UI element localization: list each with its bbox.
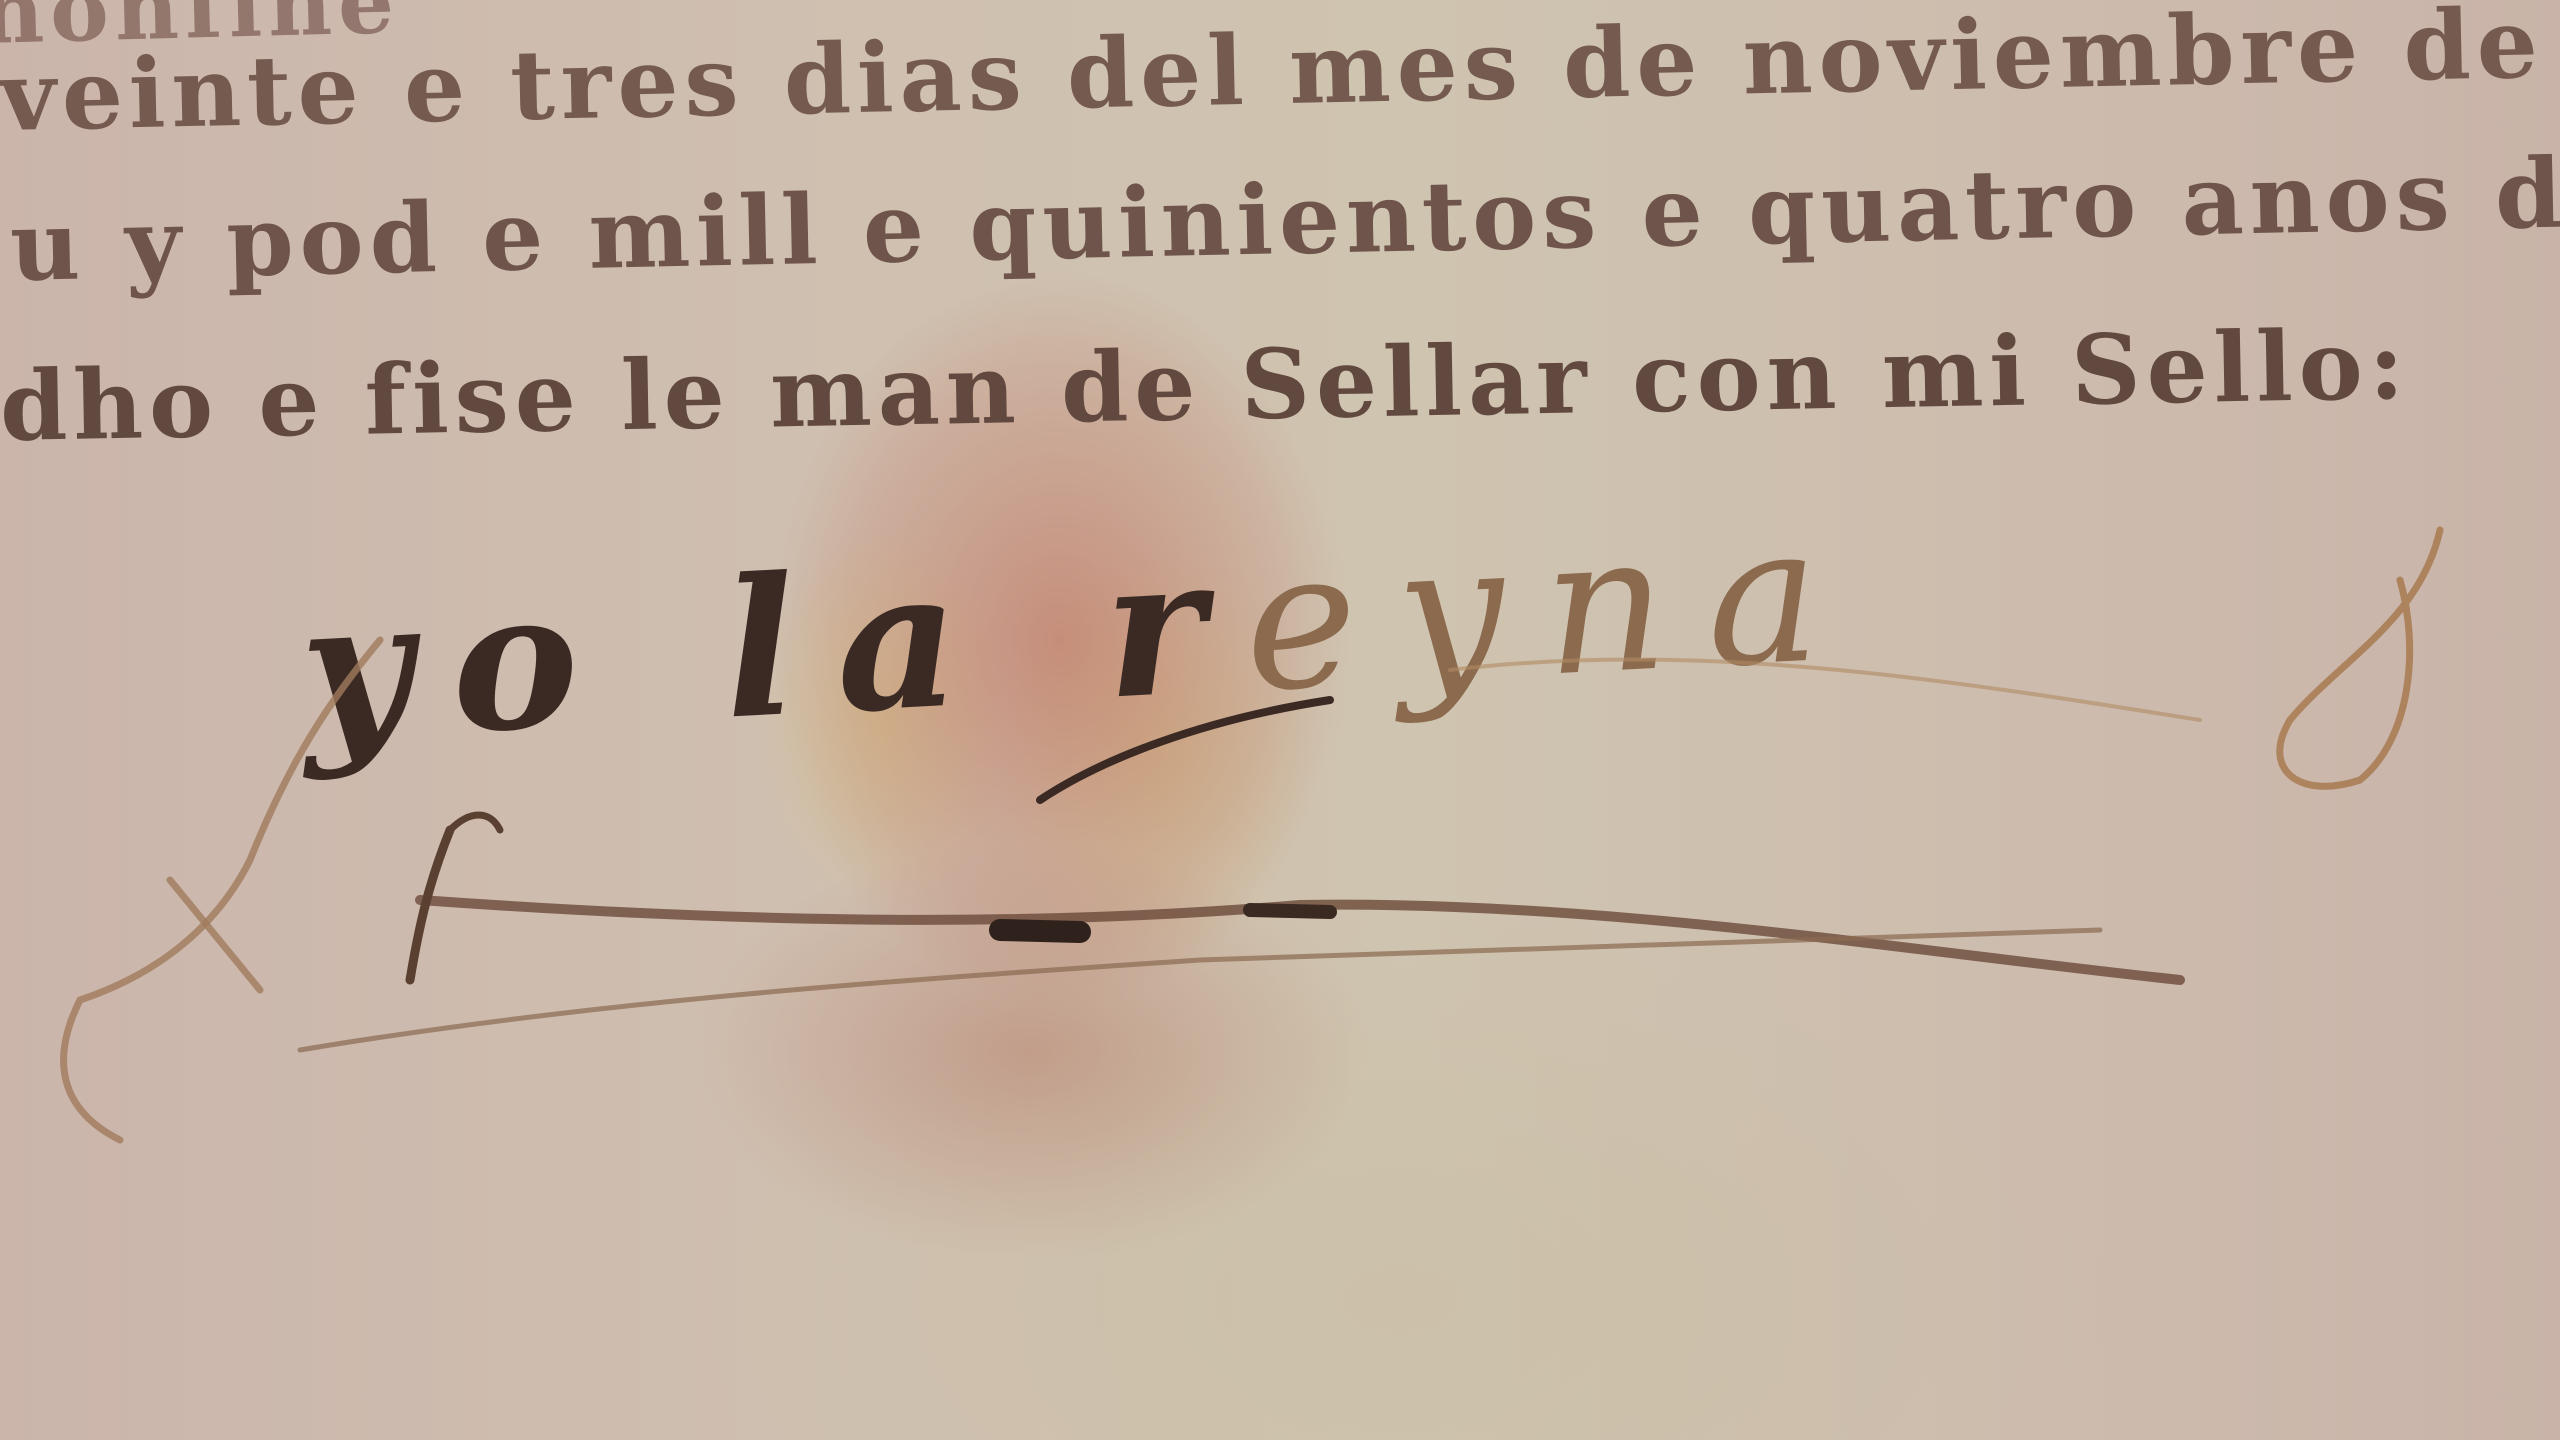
rubric-flourish-icon [0,0,2560,1440]
